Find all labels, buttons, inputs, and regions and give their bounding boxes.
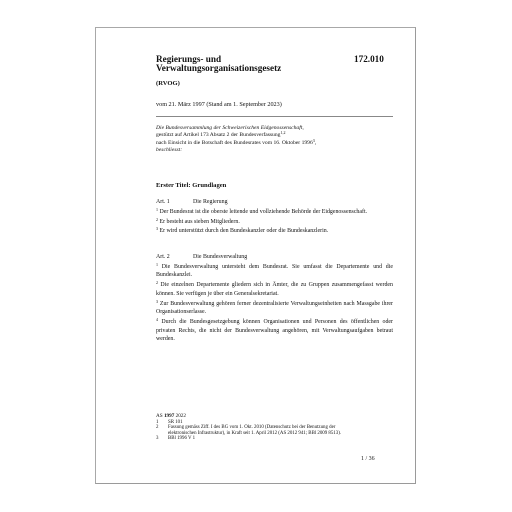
article-1: Art. 1Die Regierung 1 Der Bundesrat ist … [156, 198, 393, 236]
paragraph: 1 Die Bundesverwaltung untersteht dem Bu… [156, 263, 393, 280]
footnote: 2Fassung gemäss Ziff. I des BG vom 1. Ok… [156, 425, 356, 436]
header-divider [156, 116, 393, 117]
preamble-line-2: gestützt auf Artikel 173 Absatz 2 der Bu… [156, 132, 316, 139]
law-title: Regierungs- und Verwaltungsorganisations… [156, 55, 281, 72]
paragraph-number: 1 [156, 262, 158, 267]
title-line-2: Verwaltungsorganisationsgesetz [156, 64, 281, 73]
paragraph-number: 4 [156, 317, 158, 322]
paragraph-text: Die Bundesverwaltung untersteht dem Bund… [156, 264, 393, 279]
paragraph: 3 Er wird unterstützt durch den Bundeska… [156, 227, 393, 236]
preamble-line-4: beschliesst: [156, 147, 316, 154]
article-number: Art. 2 [156, 253, 193, 262]
article-title: Die Bundesverwaltung [193, 254, 247, 260]
paragraph-number: 1 [156, 207, 158, 212]
sr-number: 172.010 [354, 55, 384, 64]
article-2: Art. 2Die Bundesverwaltung 1 Die Bundesv… [156, 253, 393, 344]
paragraph: 4 Durch die Bundesgesetzgebung können Or… [156, 318, 393, 344]
law-abbreviation: (RVOG) [156, 80, 180, 87]
paragraph-text: Die einzelnen Departemente gliedern sich… [156, 282, 393, 297]
footnote-text: Fassung gemäss Ziff. I des BG vom 1. Okt… [168, 425, 356, 436]
article-number: Art. 1 [156, 198, 193, 207]
paragraph-text: Durch die Bundesgesetzgebung können Orga… [156, 319, 393, 342]
paragraph-text: Zur Bundesverwaltung gehören ferner deze… [156, 301, 393, 316]
page-number: 1 / 36 [361, 456, 375, 462]
paragraph-number: 2 [156, 217, 158, 222]
as-reference: AS 1997 2022 [156, 413, 186, 419]
section-title: Erster Titel: Grundlagen [156, 182, 226, 189]
paragraph-number: 3 [156, 299, 158, 304]
paragraph-text: Der Bundesrat ist die oberste leitende u… [159, 209, 367, 215]
footnote-ref[interactable]: 1,2 [280, 130, 285, 135]
date-line: vom 21. März 1997 (Stand am 1. September… [156, 101, 282, 108]
paragraph-number: 2 [156, 280, 158, 285]
article-heading: Art. 1Die Regierung [156, 198, 393, 207]
article-heading: Art. 2Die Bundesverwaltung [156, 253, 393, 262]
paragraph: 3 Zur Bundesverwaltung gehören ferner de… [156, 300, 393, 317]
paragraph: 1 Der Bundesrat ist die oberste leitende… [156, 208, 393, 217]
footnote-link[interactable]: BBl 1996 V 1 [168, 436, 356, 441]
footnotes: 1SR 101 2Fassung gemäss Ziff. I des BG v… [156, 420, 356, 442]
paragraph: 2 Er besteht aus sieben Mitgliedern. [156, 218, 393, 227]
preamble: Die Bundesversammlung der Schweizerische… [156, 125, 316, 154]
paragraph-text: Er wird unterstützt durch den Bundeskanz… [159, 228, 328, 234]
footnote-number: 3 [156, 436, 168, 441]
article-title: Die Regierung [193, 199, 228, 205]
document-page: Regierungs- und Verwaltungsorganisations… [95, 27, 416, 484]
paragraph-number: 3 [156, 226, 158, 231]
paragraph: 2 Die einzelnen Departemente gliedern si… [156, 281, 393, 298]
footnote-number: 2 [156, 425, 168, 436]
footnote: 3BBl 1996 V 1 [156, 436, 356, 441]
preamble-line-3: nach Einsicht in die Botschaft des Bunde… [156, 140, 316, 147]
paragraph-text: Er besteht aus sieben Mitgliedern. [159, 219, 239, 225]
